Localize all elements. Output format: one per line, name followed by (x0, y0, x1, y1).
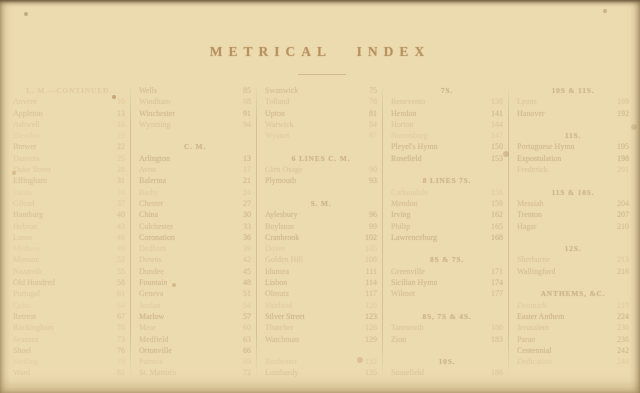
index-entry-row: Barby24 (139, 187, 251, 198)
index-entry-row: Cranbrook102 (265, 232, 377, 243)
page-number: 88 (243, 96, 251, 107)
page-number: 183 (491, 334, 503, 345)
index-entry-row: Lyons189 (517, 96, 629, 107)
tune-name: Frederick (517, 164, 548, 175)
tune-name: Gilead (13, 198, 34, 209)
tune-name: Brewer (13, 141, 37, 152)
index-entry-row: Thatcher126 (265, 322, 377, 333)
index-entry-row: Seasons73 (13, 334, 125, 345)
tune-name: Glen Osage (265, 164, 303, 175)
index-entry-row: Boylston99 (265, 221, 377, 232)
tune-name: Lyons (517, 96, 537, 107)
tune-name: Trenton (517, 209, 542, 220)
index-entry-row: Lawrenceburg168 (391, 232, 503, 243)
index-entry-row: St. Martin's72 (139, 367, 251, 378)
tune-name: Lawrenceburg (391, 232, 437, 243)
index-entry-row: Retreat67 (13, 311, 125, 322)
page-number: 94 (243, 119, 251, 130)
tune-name: Lombardy (265, 367, 298, 378)
index-entry-row: Messiah204 (517, 198, 629, 209)
page-number: 87 (369, 130, 377, 141)
meter-header-row: 8s & 7s. (391, 254, 503, 265)
index-entry-row: Blendon19 (13, 130, 125, 141)
index-entry-row: Luton46 (13, 232, 125, 243)
index-entry-row: Hanover192 (517, 108, 629, 119)
index-column-1: L. M.—Continued.Anvern10Appleton13Ashwel… (13, 85, 125, 381)
page-number: 82 (117, 367, 125, 378)
blank-row (265, 345, 377, 356)
meter-header-row: 11s. (517, 130, 629, 141)
index-entry-row: Golden Hill108 (265, 254, 377, 265)
index-entry-row: Stonefield186 (391, 367, 503, 378)
blank-row (391, 164, 503, 175)
tune-name: Benevento (391, 96, 425, 107)
page-number: 55 (117, 266, 125, 277)
index-entry-row: Upton81 (265, 108, 377, 119)
index-entry-row: Zion183 (391, 334, 503, 345)
index-entry-row: Wyoming94 (139, 119, 251, 130)
page-number: 180 (491, 322, 503, 333)
tune-name: Medfield (139, 334, 168, 345)
tune-name: Rochester (265, 356, 297, 367)
page-number: 84 (369, 119, 377, 130)
page-number: 207 (617, 209, 629, 220)
tune-name: Centennial (517, 345, 552, 356)
page-number: 16 (117, 119, 125, 130)
tune-name: Stonefield (391, 367, 424, 378)
index-entry-row: Ashwell16 (13, 119, 125, 130)
page-number: 24 (243, 187, 251, 198)
index-entry-row: Pleyel's Hymn150 (391, 141, 503, 152)
page-number: 79 (117, 356, 125, 367)
page-number: 216 (617, 266, 629, 277)
tune-name: Wells (139, 85, 157, 96)
index-entry-row: Centennial242 (517, 345, 629, 356)
index-entry-row: Nuremburg147 (391, 130, 503, 141)
page-number: 91 (243, 108, 251, 119)
page-number: 36 (243, 232, 251, 243)
index-entry-row: Hamburg40 (13, 209, 125, 220)
tune-name: Arlington (139, 153, 170, 164)
tune-name: Balerma (139, 175, 166, 186)
index-entry-row: Windham88 (139, 96, 251, 107)
index-entry-row: Arlington13 (139, 153, 251, 164)
index-entry-row: Winchester91 (139, 108, 251, 119)
scanned-book-page: METRICAL INDEX L. M.—Continued.Anvern10A… (0, 0, 640, 393)
page-number: 10 (117, 96, 125, 107)
tune-name: Wilmot (391, 288, 415, 299)
page-number: 165 (491, 221, 503, 232)
blank-row (517, 232, 629, 243)
page-number: 201 (617, 164, 629, 175)
meter-header-row: ANTHEMS, &c. (517, 288, 629, 299)
tune-name: Hamburg (13, 209, 43, 220)
blank-row (265, 187, 377, 198)
tune-name: Olmutz (265, 288, 289, 299)
page-number: 70 (117, 322, 125, 333)
page-number: 42 (243, 254, 251, 265)
tune-name: Downs (139, 254, 162, 265)
index-entry-row: Eaton34 (13, 187, 125, 198)
tune-name: Anvern (13, 96, 37, 107)
index-entry-row: Olmutz117 (265, 288, 377, 299)
page-number: 54 (243, 300, 251, 311)
page-number: 204 (617, 198, 629, 209)
index-entry-row: Rochester132 (265, 356, 377, 367)
index-entry-row: Wallingford216 (517, 266, 629, 277)
tune-name: Easter Anthem (517, 311, 564, 322)
tune-name: Tamworth (391, 322, 424, 333)
page-number: 96 (369, 209, 377, 220)
index-entry-row: Medway49 (13, 243, 125, 254)
index-entry-row: Ortonville66 (139, 345, 251, 356)
page-number: 30 (243, 209, 251, 220)
page-number: 33 (243, 221, 251, 232)
index-entry-row: Portuguese Hymn195 (517, 141, 629, 152)
tune-name: Aylesbury (265, 209, 298, 220)
tune-name: Idumea (265, 266, 289, 277)
index-entry-row: Plymouth93 (265, 175, 377, 186)
page-number: 111 (366, 266, 377, 277)
index-entry-row: Jerusalem230 (517, 322, 629, 333)
tune-name: Jordan (139, 300, 160, 311)
tune-name: Eaton (13, 187, 32, 198)
index-entry-row: Easter Anthem224 (517, 311, 629, 322)
index-entry-row: Wells85 (139, 85, 251, 96)
tune-name: Denmark (517, 300, 547, 311)
column-divider-2 (256, 84, 257, 378)
page-number: 57 (243, 311, 251, 322)
page-number: 224 (617, 311, 629, 322)
page-number: 138 (491, 96, 503, 107)
page-number: 13 (117, 108, 125, 119)
tune-name: Fountain (139, 277, 167, 288)
tune-name: Philip (391, 221, 410, 232)
page-number: 177 (491, 288, 503, 299)
index-entry-row: Balerma21 (139, 175, 251, 186)
page-number: 129 (365, 334, 377, 345)
tune-name: Duke Street (13, 164, 51, 175)
tune-name: Patmos (139, 356, 163, 367)
page-number: 132 (365, 356, 377, 367)
tune-name: Greenville (391, 266, 425, 277)
page-number: 105 (365, 243, 377, 254)
tune-name: Plymouth (265, 175, 296, 186)
tune-name: Zion (391, 334, 406, 345)
tune-name: Barby (139, 187, 159, 198)
tune-name: Sterling (13, 356, 38, 367)
tune-name: Ortonville (139, 345, 172, 356)
page-number: 141 (491, 108, 503, 119)
index-entry-row: China30 (139, 209, 251, 220)
tune-name: Hanover (517, 108, 545, 119)
index-entry-row: Mendon159 (391, 198, 503, 209)
index-entry-row: Jordan54 (139, 300, 251, 311)
page-number: 19 (117, 130, 125, 141)
page-number: 58 (117, 277, 125, 288)
meter-header-row: 8 lines 7s. (391, 175, 503, 186)
tune-name: Blendon (13, 130, 40, 141)
page-number: 66 (243, 345, 251, 356)
index-entry-row: Horton144 (391, 119, 503, 130)
page-number: 22 (117, 141, 125, 152)
tune-name: Nazareth (13, 266, 42, 277)
tune-name: Nuremburg (391, 130, 428, 141)
tune-name: Rosefield (391, 153, 422, 164)
index-entry-row: Monson52 (13, 254, 125, 265)
index-entry-row: Dundee45 (139, 266, 251, 277)
blank-row (391, 345, 503, 356)
tune-name: Mear (139, 322, 156, 333)
tune-name: Danvers (13, 153, 40, 164)
page-number: 135 (365, 367, 377, 378)
page-number: 168 (491, 232, 503, 243)
page-number: 186 (491, 367, 503, 378)
tune-name: St. Martin's (139, 367, 176, 378)
index-entry-row: Nazareth55 (13, 266, 125, 277)
tune-name: Rockingham (13, 322, 54, 333)
index-entry-row: Carbondale156 (391, 187, 503, 198)
page-top-edge-shadow (0, 0, 640, 3)
tune-name: Monson (13, 254, 39, 265)
index-column-2: Wells85Windham88Winchester91Wyoming94C. … (139, 85, 251, 381)
index-entry-row: Effingham31 (13, 175, 125, 186)
tune-name: Effingham (13, 175, 47, 186)
page-number: 248 (617, 356, 629, 367)
page-number: 37 (117, 198, 125, 209)
tune-name: Wyanet (265, 130, 289, 141)
tune-name: Luton (13, 232, 32, 243)
index-entry-row: Wyanet87 (265, 130, 377, 141)
page-number: 90 (369, 164, 377, 175)
page-number: 198 (617, 153, 629, 164)
tune-name: Appleton (13, 108, 43, 119)
index-entry-row: Denmark219 (517, 300, 629, 311)
tune-name: Pleyel's Hymn (391, 141, 438, 152)
page-title: METRICAL INDEX (0, 44, 640, 60)
page-number: 147 (491, 130, 503, 141)
meter-header-row: L. M.—Continued. (13, 85, 125, 96)
blank-row (517, 119, 629, 130)
column-divider-3 (382, 84, 383, 378)
tune-name: Medway (13, 243, 41, 254)
page-number: 75 (369, 85, 377, 96)
page-number: 159 (491, 198, 503, 209)
index-entry-row: Sterling79 (13, 356, 125, 367)
tune-name: Colchester (139, 221, 173, 232)
index-entry-row: Shoel76 (13, 345, 125, 356)
index-entry-row: Hendon141 (391, 108, 503, 119)
index-column-4: 7s.Benevento138Hendon141Horton144Nurembu… (391, 85, 503, 381)
page-number: 48 (243, 277, 251, 288)
title-divider-rule (298, 74, 346, 75)
index-entry-row: Paran236 (517, 334, 629, 345)
index-entry-row: Sicilian Hymn174 (391, 277, 503, 288)
index-column-5: 10s & 11s.Lyons189Hanover19211s.Portugue… (517, 85, 629, 381)
tune-name: Lisbon (265, 277, 287, 288)
index-entry-row: Fountain48 (139, 277, 251, 288)
page-number: 13 (243, 153, 251, 164)
index-entry-row: Coronation36 (139, 232, 251, 243)
index-entry-row: Portugal61 (13, 288, 125, 299)
tune-name: Dundee (139, 266, 164, 277)
tune-name: Watchman (265, 334, 299, 345)
page-number: 78 (369, 96, 377, 107)
tune-name: Hagar (517, 221, 537, 232)
page-number: 192 (617, 108, 629, 119)
index-entry-row: Duke Street28 (13, 164, 125, 175)
index-entry-row: Lisbon114 (265, 277, 377, 288)
tune-name: Dedication (517, 356, 552, 367)
index-entry-row: Colchester33 (139, 221, 251, 232)
meter-header-row: C. M. (139, 141, 251, 152)
page-number: 174 (491, 277, 503, 288)
tune-name: Retreat (13, 311, 36, 322)
index-entry-row: Dover105 (265, 243, 377, 254)
page-number: 72 (243, 367, 251, 378)
index-entry-row: Medfield63 (139, 334, 251, 345)
tune-name: Sherburne (517, 254, 550, 265)
column-divider-1 (130, 84, 131, 378)
page-number: 76 (117, 345, 125, 356)
page-number: 213 (617, 254, 629, 265)
index-entry-row: Greenville171 (391, 266, 503, 277)
page-number: 60 (243, 322, 251, 333)
index-entry-row: Shirland120 (265, 300, 377, 311)
blank-row (517, 175, 629, 186)
index-entry-row: Quito64 (13, 300, 125, 311)
meter-header-row: 10s. (391, 356, 503, 367)
page-number: 39 (243, 243, 251, 254)
page-number: 189 (617, 96, 629, 107)
tune-name: Ward (13, 367, 30, 378)
index-entry-row: Dedication248 (517, 356, 629, 367)
page-number: 31 (117, 175, 125, 186)
tune-name: Portugal (13, 288, 40, 299)
meter-header-row: 10s & 11s. (517, 85, 629, 96)
tune-name: Coronation (139, 232, 175, 243)
meter-header-row: S. M. (265, 198, 377, 209)
page-number: 195 (617, 141, 629, 152)
tune-name: Carbondale (391, 187, 428, 198)
page-number: 45 (243, 266, 251, 277)
page-number: 230 (617, 322, 629, 333)
page-number: 126 (365, 322, 377, 333)
tune-name: Cranbrook (265, 232, 299, 243)
blank-row (265, 141, 377, 152)
page-number: 63 (243, 334, 251, 345)
page-number: 51 (243, 288, 251, 299)
meter-header-row: 6 lines C. M. (265, 153, 377, 164)
page-number: 219 (617, 300, 629, 311)
meter-header-row: 8s, 7s & 4s. (391, 311, 503, 322)
page-number: 171 (491, 266, 503, 277)
meter-header-row: 7s. (391, 85, 503, 96)
tune-name: Chester (139, 198, 163, 209)
tune-name: Shirland (265, 300, 292, 311)
page-number: 40 (117, 209, 125, 220)
tune-name: Geneva (139, 288, 163, 299)
index-entry-row: Lombardy135 (265, 367, 377, 378)
page-number: 64 (117, 300, 125, 311)
page-number: 120 (365, 300, 377, 311)
blank-row (517, 277, 629, 288)
page-number: 46 (117, 232, 125, 243)
page-number: 73 (117, 334, 125, 345)
tune-name: Jerusalem (517, 322, 549, 333)
tune-name: Expostulation (517, 153, 561, 164)
page-number: 25 (117, 153, 125, 164)
index-entry-row: Watchman129 (265, 334, 377, 345)
tune-name: Silver Street (265, 311, 305, 322)
page-number: 17 (243, 164, 251, 175)
page-number: 93 (369, 175, 377, 186)
tune-name: Swanwick (265, 85, 298, 96)
blank-row (391, 300, 503, 311)
tune-name: Tolland (265, 96, 289, 107)
index-entry-row: Ward82 (13, 367, 125, 378)
page-number: 236 (617, 334, 629, 345)
page-number: 123 (365, 311, 377, 322)
page-number: 102 (365, 232, 377, 243)
index-entry-row: Philip165 (391, 221, 503, 232)
index-column-3: Swanwick75Tolland78Upton81Warwick84Wyane… (265, 85, 377, 381)
tune-name: Horton (391, 119, 414, 130)
index-entry-row: Rosefield153 (391, 153, 503, 164)
tune-name: Golden Hill (265, 254, 303, 265)
page-number: 242 (617, 345, 629, 356)
tune-name: Old Hundred (13, 277, 55, 288)
page-number: 85 (243, 85, 251, 96)
index-entry-row: Idumea111 (265, 266, 377, 277)
blank-row (391, 243, 503, 254)
index-entry-row: Warwick84 (265, 119, 377, 130)
index-entry-row: Dedham39 (139, 243, 251, 254)
tune-name: Windham (139, 96, 170, 107)
tune-name: Messiah (517, 198, 544, 209)
page-number: 43 (117, 221, 125, 232)
index-entry-row: Trenton207 (517, 209, 629, 220)
index-entry-row: Expostulation198 (517, 153, 629, 164)
tune-name: Thatcher (265, 322, 293, 333)
index-entry-row: Silver Street123 (265, 311, 377, 322)
tune-name: Warwick (265, 119, 294, 130)
meter-header-row: 12s. (517, 243, 629, 254)
index-entry-row: Old Hundred58 (13, 277, 125, 288)
index-entry-row: Avon17 (139, 164, 251, 175)
index-entry-row: Chester27 (139, 198, 251, 209)
page-number: 27 (243, 198, 251, 209)
index-entry-row: Swanwick75 (265, 85, 377, 96)
index-entry-row: Gilead37 (13, 198, 125, 209)
page-number: 69 (243, 356, 251, 367)
index-entry-row: Tamworth180 (391, 322, 503, 333)
tune-name: Mendon (391, 198, 418, 209)
page-number: 108 (365, 254, 377, 265)
index-entry-row: Benevento138 (391, 96, 503, 107)
tune-name: Avon (139, 164, 156, 175)
tune-name: Quito (13, 300, 31, 311)
index-entry-row: Geneva51 (139, 288, 251, 299)
index-entry-row: Anvern10 (13, 96, 125, 107)
tune-name: Dover (265, 243, 285, 254)
index-entry-row: Hebron43 (13, 221, 125, 232)
page-number: 99 (369, 221, 377, 232)
index-entry-row: Tolland78 (265, 96, 377, 107)
tune-name: Shoel (13, 345, 31, 356)
page-number: 34 (117, 187, 125, 198)
tune-name: Seasons (13, 334, 39, 345)
